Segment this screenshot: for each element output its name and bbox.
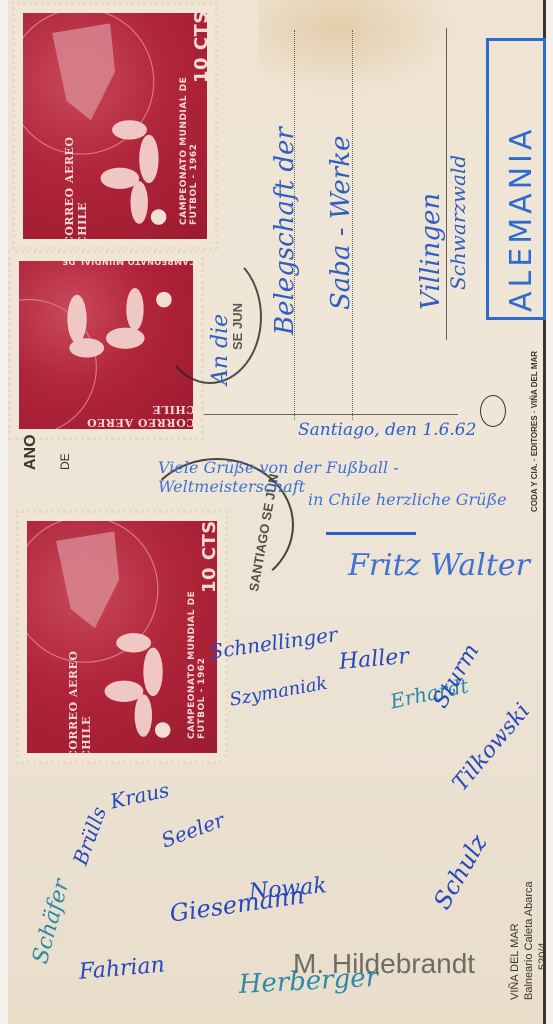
autograph: Fahrian bbox=[78, 953, 166, 985]
autograph: Nowak bbox=[248, 873, 328, 905]
stamp-1-value: 10 CTS bbox=[191, 13, 207, 83]
message-line-3: in Chile herzliche Grüße bbox=[308, 490, 507, 509]
caption-number: 520/4 bbox=[536, 881, 550, 1000]
autograph: Szymaniak bbox=[228, 673, 329, 711]
address-line-belegschaft: Belegschaft der bbox=[270, 127, 300, 335]
autograph: Haller bbox=[338, 644, 410, 675]
autograph: Sturm bbox=[428, 640, 484, 713]
stamp-1-event: CAMPEONATO MUNDIAL DEFUTBOL - 1962 bbox=[179, 77, 199, 225]
autograph: Schulz bbox=[428, 830, 493, 914]
address-line-region: Schwarzwald bbox=[446, 155, 470, 290]
postcard: CORREO AEREOCHILE CAMPEONATO MUNDIAL DEF… bbox=[8, 0, 546, 1024]
autograph: Seeler bbox=[158, 808, 227, 853]
message-date: Santiago, den 1.6.62 bbox=[298, 420, 476, 440]
caption-place: VIÑA DEL MAR bbox=[508, 881, 522, 1000]
photo-caption: VIÑA DEL MAR Balneario Caleta Abarca 520… bbox=[508, 881, 550, 1000]
signature-underline bbox=[326, 532, 416, 535]
watermark: M. Hildebrandt bbox=[293, 948, 475, 980]
water-stain bbox=[258, 0, 458, 95]
autograph: Kraus bbox=[108, 778, 171, 814]
partial-print-1: ANO bbox=[22, 434, 40, 470]
stamp-3-event: CAMPEONATO MUNDIAL DEFUTBOL - 1962 bbox=[187, 591, 207, 739]
address-line-an-die: An die bbox=[208, 314, 233, 385]
coda-logo-icon bbox=[480, 395, 506, 427]
divider-line bbox=[198, 414, 458, 415]
autograph: Schäfer bbox=[28, 877, 74, 967]
message-signature: Fritz Walter bbox=[348, 548, 530, 583]
caption-subject: Balneario Caleta Abarca bbox=[522, 881, 536, 1000]
address-line-company: Saba - Werke bbox=[326, 136, 356, 310]
partial-print-2: DE bbox=[58, 453, 72, 470]
autograph: Tilkowski bbox=[448, 699, 535, 796]
stamp-1: CORREO AEREOCHILE CAMPEONATO MUNDIAL DEF… bbox=[12, 2, 218, 250]
stamp-2-event: CAMPEONATO MUNDIAL DEFUTBOL - 1962 bbox=[62, 261, 193, 266]
autograph: Brülls bbox=[68, 803, 111, 868]
stamp-3-country: CORREO AEREOCHILE bbox=[67, 651, 93, 753]
stamp-1-country: CORREO AEREOCHILE bbox=[63, 137, 89, 239]
address-country: ALEMANIA bbox=[504, 126, 539, 312]
stamp-2-country: CORREO AEREOCHILE bbox=[87, 403, 193, 429]
address-line-city: Villingen bbox=[416, 193, 446, 310]
